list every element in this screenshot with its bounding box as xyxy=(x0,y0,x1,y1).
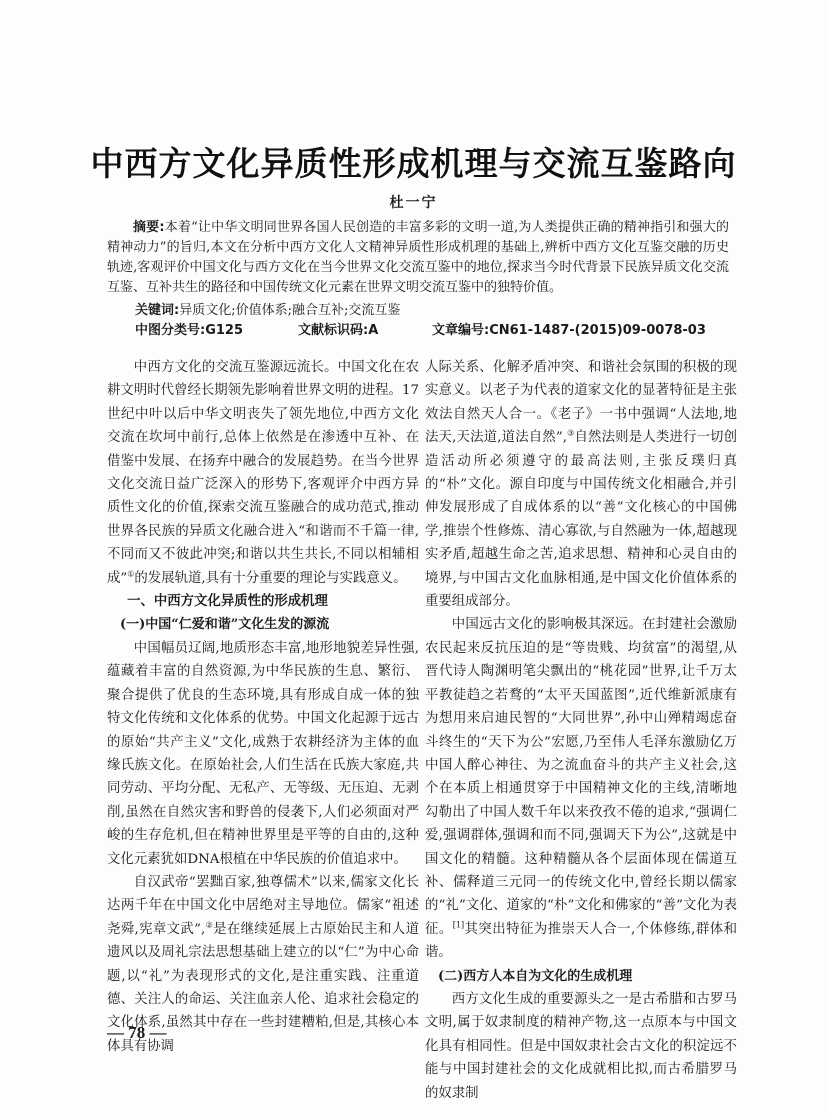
subsection-heading: (一)中国“仁爱和谐”文化生发的源流 xyxy=(107,613,419,636)
body-paragraph: 中国幅员辽阔,地质形态丰富,地形地貌差异性强,蕴藏着丰富的自然资源,为中华民族的… xyxy=(107,637,419,871)
abstract-label: 摘要: xyxy=(133,220,165,235)
paragraph-text: 的发展轨道,具有十分重要的理论与实践意义。 xyxy=(134,571,406,586)
abstract: 摘要:本着“让中华文明同世界各国人民创造的丰富多彩的文明一道,为人类提供正确的精… xyxy=(107,218,729,298)
article-number: 文章编号:CN61-1487-(2015)09-0078-03 xyxy=(432,321,706,341)
keywords-label: 关键词: xyxy=(135,303,179,318)
page-number: — 78 — xyxy=(107,1023,167,1043)
document-code: 文献标识码:A xyxy=(298,321,378,341)
citation-marker: [1] xyxy=(453,920,464,929)
body-paragraph: 中国远古文化的影响极其深远。在封建社会激励农民起来反抗压迫的是“等贵贱、均贫富”… xyxy=(425,613,737,964)
author-name: 杜一宁 xyxy=(0,192,827,212)
article-title: 中西方文化异质性形成机理与交流互鉴路向 xyxy=(0,138,827,185)
keywords: 关键词:异质文化;价值体系;融合互补;交流互鉴 xyxy=(135,301,400,321)
paragraph-text: 中西方文化的交流互鉴源远流长。中国文化在农耕文明时代曾经长期领先影响着世界文明的… xyxy=(107,360,419,586)
clc-number: 中图分类号:G125 xyxy=(135,321,243,341)
footnote-marker: ② xyxy=(205,920,213,929)
keywords-text: 异质文化;价值体系;融合互补;交流互鉴 xyxy=(179,303,400,318)
right-column: 人际关系、化解矛盾冲突、和谐社会氛围的积极的现实意义。以老子为代表的道家文化的显… xyxy=(425,356,737,1105)
body-paragraph: 人际关系、化解矛盾冲突、和谐社会氛围的积极的现实意义。以老子为代表的道家文化的显… xyxy=(425,356,737,613)
paragraph-text: 其突出特征为推崇天人合一,个体修练,群体和谐。 xyxy=(425,922,737,960)
abstract-text: 本着“让中华文明同世界各国人民创造的丰富多彩的文明一道,为人类提供正确的精神指引… xyxy=(107,220,729,295)
section-heading: 一、中西方文化异质性的形成机理 xyxy=(107,590,419,613)
body-paragraph: 西方文化生成的重要源头之一是古希腊和古罗马文明,属于奴隶制度的精神产物,这一点原… xyxy=(425,988,737,1105)
paragraph-text: 中国远古文化的影响极其深远。在封建社会激励农民起来反抗压迫的是“等贵贱、均贫富”… xyxy=(425,617,737,936)
left-column: 中西方文化的交流互鉴源远流长。中国文化在农耕文明时代曾经长期领先影响着世界文明的… xyxy=(107,356,419,1058)
paragraph-text: 自然法则是人类进行一切创造活动所必须遵守的最高法则,主张反璞归真的“朴”文化。源… xyxy=(425,430,737,609)
subsection-heading: (二)西方人本自为文化的生成机理 xyxy=(425,965,737,988)
body-paragraph: 中西方文化的交流互鉴源远流长。中国文化在农耕文明时代曾经长期领先影响着世界文明的… xyxy=(107,356,419,590)
